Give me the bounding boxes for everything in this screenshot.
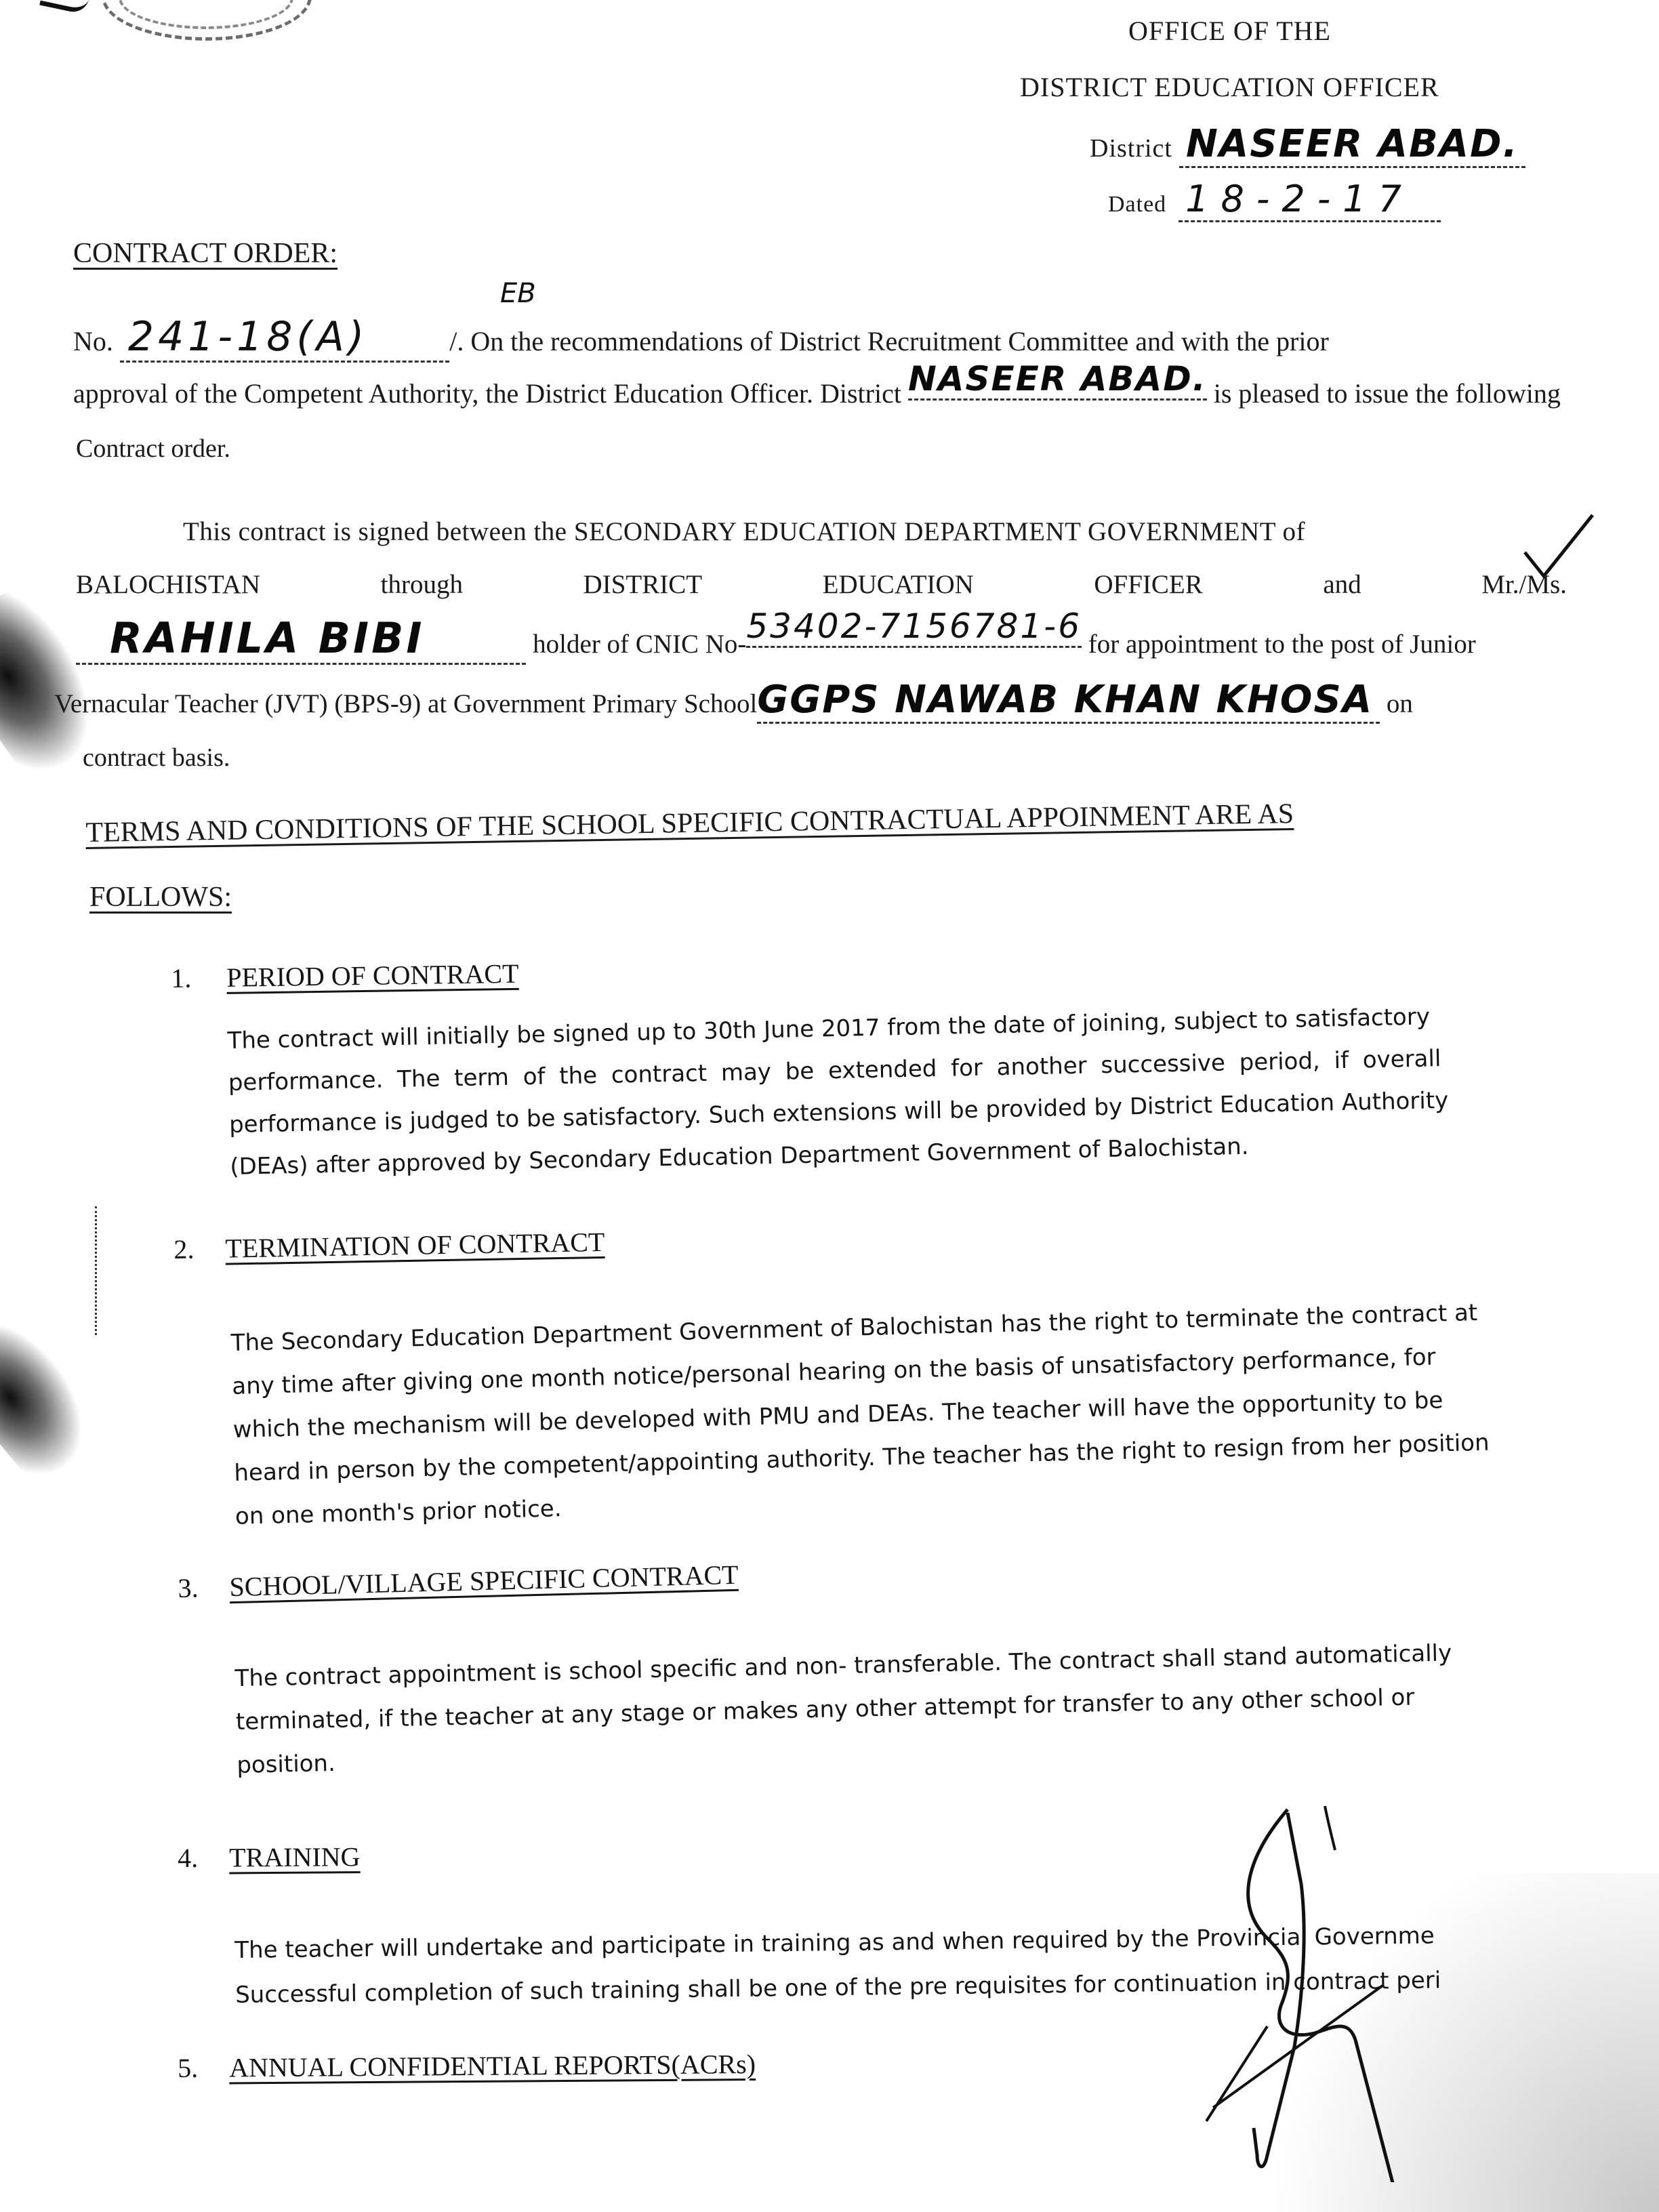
order-line-2: approval of the Competent Authority, the… (73, 371, 1561, 413)
section-training: 4. TRAINING (178, 1841, 361, 1874)
dated-label: Dated (1108, 192, 1166, 217)
order-no-value: 241-18(A) (120, 313, 449, 363)
section-number: 1. (171, 963, 192, 994)
order-line-3: Contract order. (76, 434, 230, 464)
contract-order-title: CONTRACT ORDER: (73, 237, 337, 270)
section-number: 3. (178, 1572, 199, 1603)
contract-word: through (381, 569, 463, 600)
order-line-1: No. 241-18(A)/. On the recommendations o… (73, 313, 1329, 363)
margin-mark (95, 1206, 102, 1335)
order-annotation: EB (500, 278, 536, 309)
section-title: PERIOD OF CONTRACT (226, 958, 519, 993)
section-school-village-specific-contract: 3. SCHOOL/VILLAGE SPECIFIC CONTRACT (178, 1559, 739, 1604)
section-number: 5. (178, 2053, 198, 2083)
section-title: TRAINING (229, 1841, 361, 1872)
contract-word: and (1323, 569, 1361, 600)
section-termination-of-contract: 2. TERMINATION OF CONTRACT (173, 1226, 605, 1265)
ink-smudge (0, 1315, 111, 1491)
office-line-2: DISTRICT EDUCATION OFFICER (1020, 71, 1439, 103)
dated-value: 18-2-17 (1179, 178, 1441, 222)
contract-line-4-text-b: on (1387, 689, 1413, 718)
section-number: 2. (173, 1233, 194, 1265)
section-period-of-contract: 1. PERIOD OF CONTRACT (171, 958, 519, 994)
teacher-name-value: RAHILA BIBI (76, 613, 526, 665)
dated-field: Dated 18-2-17 (1108, 178, 1441, 222)
ink-stroke (39, 0, 89, 15)
section-2-body: The Secondary Education Department Gover… (230, 1291, 1491, 1538)
section-title: TERMINATION OF CONTRACT (225, 1227, 605, 1264)
order-line-2-text-b: is pleased to issue the following (1214, 378, 1561, 409)
post-text: for appointment to the post of Junior (1088, 630, 1476, 659)
district-label: District (1090, 134, 1172, 163)
office-line-1: OFFICE OF THE (1128, 15, 1331, 47)
section-number: 4. (178, 1843, 198, 1873)
contract-order-page: OFFICE OF THE DISTRICT EDUCATION OFFICER… (0, 0, 1659, 2212)
section-title: SCHOOL/VILLAGE SPECIFIC CONTRACT (229, 1559, 739, 1602)
section-annual-confidential-reports: 5. ANNUAL CONFIDENTIAL REPORTS(ACRs) (178, 2048, 756, 2084)
district-field: District NASEER ABAD. (1090, 122, 1525, 168)
cnic-label: holder of CNIC No- (533, 630, 746, 659)
section-title: ANNUAL CONFIDENTIAL REPORTS(ACRs) (229, 2049, 756, 2083)
district-value: NASEER ABAD. (1179, 122, 1525, 168)
contract-line-5: contract basis. (83, 743, 230, 773)
contract-line-4: Vernacular Teacher (JVT) (BPS-9) at Gove… (54, 678, 1413, 724)
terms-heading-line-2: FOLLOWS: (89, 881, 232, 914)
order-no-label: No. (73, 326, 113, 356)
contract-word: OFFICER (1094, 569, 1202, 600)
terms-heading-line-1: TERMS AND CONDITIONS OF THE SCHOOL SPECI… (85, 798, 1294, 849)
school-value: GGPS NAWAB KHAN KHOSA (757, 678, 1380, 724)
contract-line-2: BALOCHISTAN through DISTRICT EDUCATION O… (76, 569, 1567, 600)
section-1-body: The contract will initially be signed up… (227, 996, 1450, 1188)
contract-line-3: RAHILA BIBI holder of CNIC No-53402-7156… (76, 613, 1476, 665)
contract-line-1: This contract is signed between the SECO… (183, 516, 1305, 547)
order-line-1-text: /. On the recommendations of District Re… (449, 326, 1328, 356)
section-3-body: The contract appointment is school speci… (234, 1631, 1454, 1787)
officer-signature-icon (1193, 1803, 1423, 2182)
contract-word: EDUCATION (823, 569, 974, 600)
order-line-2-text-a: approval of the Competent Authority, the… (73, 378, 901, 409)
contract-word: BALOCHISTAN (76, 569, 260, 600)
order-district-value: NASEER ABAD. (908, 359, 1207, 401)
cnic-value: 53402-7156781-6 (746, 607, 1082, 648)
contract-line-4-text-a: Vernacular Teacher (JVT) (BPS-9) at Gove… (54, 689, 757, 718)
contract-word: Mr./Ms. (1481, 569, 1567, 600)
contract-word: DISTRICT (583, 569, 703, 600)
